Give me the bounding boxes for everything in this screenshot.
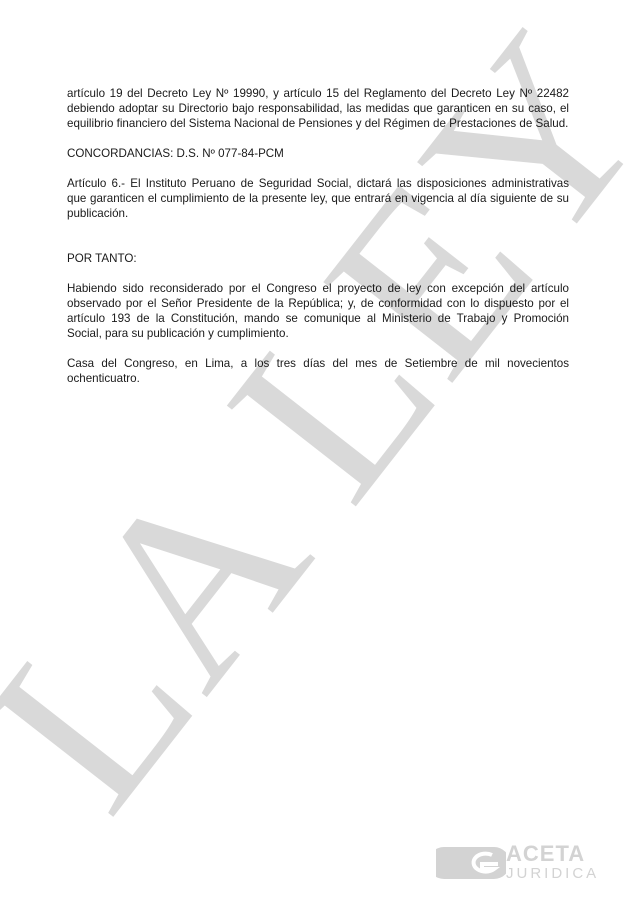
paragraph-articulo-6: Artículo 6.- El Instituto Peruano de Seg… [67, 176, 569, 221]
paragraph-casa-del-congreso: Casa del Congreso, en Lima, a los tres d… [67, 356, 569, 386]
document-body: artículo 19 del Decreto Ley Nº 19990, y … [67, 86, 569, 386]
paragraph-habiendo: Habiendo sido reconsiderado por el Congr… [67, 281, 569, 341]
gaceta-g-icon [436, 843, 506, 883]
gaceta-juridica-logo: ACETA JURIDICA [436, 843, 611, 885]
por-tanto-heading: POR TANTO: [67, 251, 569, 266]
paragraph-articulo-19: artículo 19 del Decreto Ley Nº 19990, y … [67, 86, 569, 131]
concordancias-note: CONCORDANCIAS: D.S. Nº 077-84-PCM [67, 146, 569, 161]
logo-text-aceta: ACETA [506, 843, 585, 865]
logo-text-juridica: JURIDICA [506, 865, 599, 882]
